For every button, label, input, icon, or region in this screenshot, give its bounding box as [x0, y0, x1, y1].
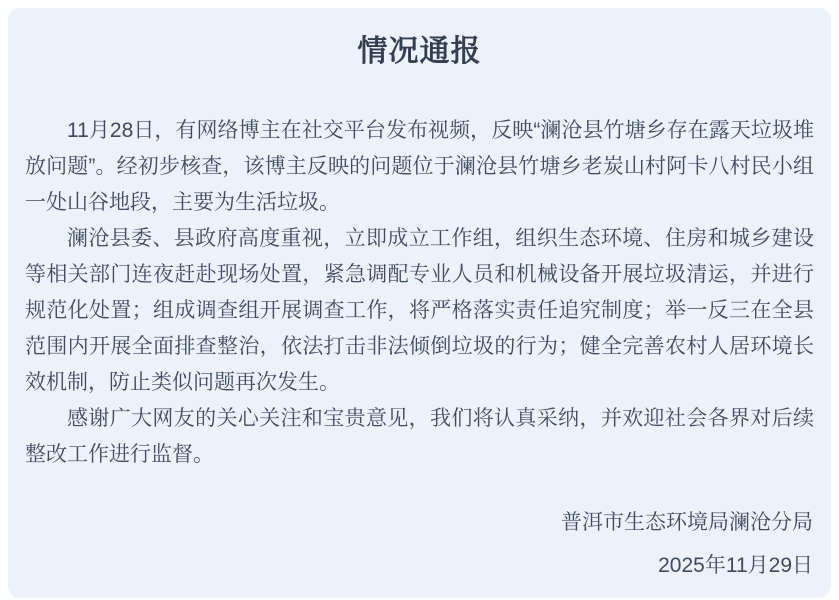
notice-title: 情况通报 [8, 33, 831, 71]
notice-paragraph-3: 感谢广大网友的关心关注和宝贵意见，我们将认真采纳，并欢迎社会各界对后续整改工作进… [25, 401, 814, 473]
notice-date: 2025年11月29日 [26, 548, 813, 584]
notice-body: 11月28日，有网络博主在社交平台发布视频，反映“澜沧县竹塘乡存在露天垃圾堆放问… [8, 113, 831, 473]
notice-paragraph-1: 11月28日，有网络博主在社交平台发布视频，反映“澜沧县竹塘乡存在露天垃圾堆放问… [25, 113, 814, 221]
notice-signoff: 普洱市生态环境局澜沧分局 2025年11月29日 [8, 505, 831, 584]
notice-panel: 情况通报 11月28日，有网络博主在社交平台发布视频，反映“澜沧县竹塘乡存在露天… [8, 8, 831, 598]
notice-paragraph-2: 澜沧县委、县政府高度重视，立即成立工作组，组织生态环境、住房和城乡建设等相关部门… [25, 221, 814, 401]
notice-signature: 普洱市生态环境局澜沧分局 [26, 505, 813, 541]
